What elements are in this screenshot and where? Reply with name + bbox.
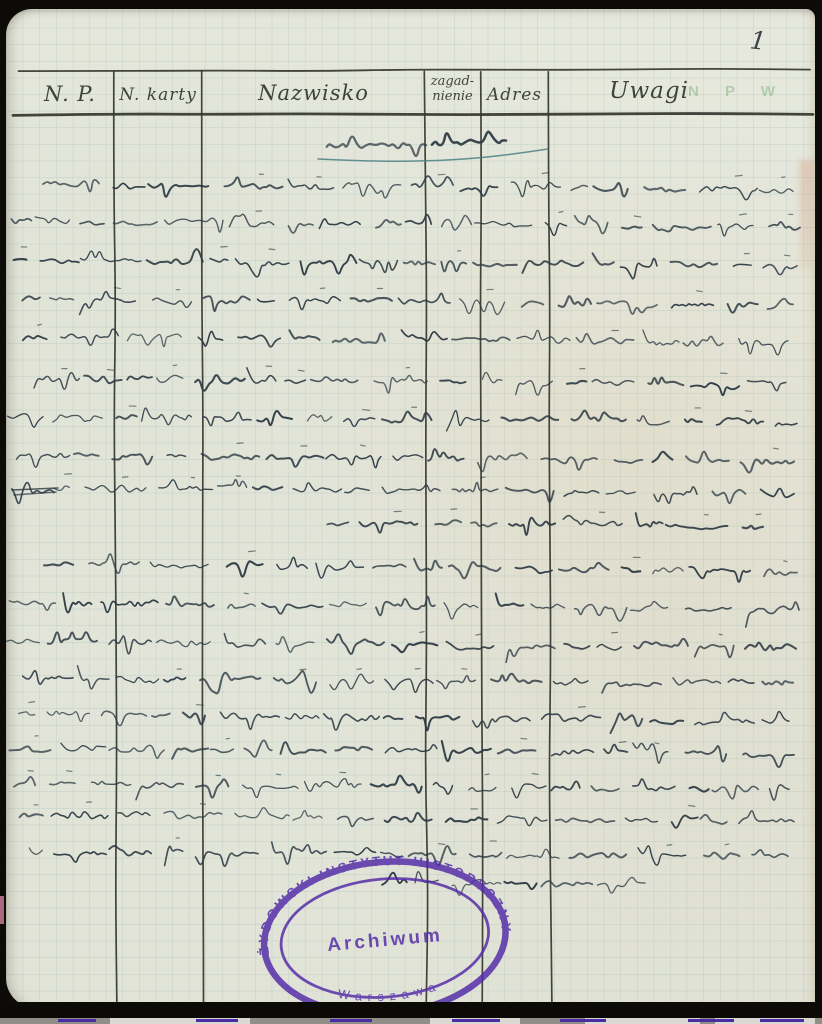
handwritten-word [319, 219, 360, 228]
handwritten-word [102, 711, 147, 725]
handwritten-word [733, 264, 751, 266]
handwritten-word [769, 222, 800, 230]
handwritten-word [644, 187, 685, 191]
handwritten-word [29, 848, 42, 854]
handwritten-word [498, 749, 536, 753]
handwritten-word [404, 262, 435, 265]
handwritten-word [157, 375, 183, 382]
handwritten-word [109, 745, 164, 758]
handwritten-word [327, 137, 426, 156]
handwritten-word [285, 714, 319, 719]
handwritten-word [374, 376, 427, 394]
diacritic-mark [28, 771, 33, 772]
handwritten-word [382, 412, 432, 423]
diacritic-mark [173, 365, 176, 366]
handwritten-word [752, 850, 788, 857]
handwritten-word [763, 265, 797, 275]
scan-edge-artifact [330, 1019, 372, 1022]
handwritten-word [335, 747, 372, 751]
handwritten-word [633, 779, 675, 791]
handwritten-word [712, 785, 758, 798]
handwritten-word [741, 460, 795, 473]
handwritten-word [14, 259, 27, 260]
handwritten-word [152, 714, 170, 717]
handwritten-word [50, 782, 75, 785]
handwritten-word [602, 682, 661, 693]
handwritten-word [164, 811, 222, 818]
handwritten-word [92, 782, 131, 786]
handwritten-word [761, 489, 794, 498]
handwritten-word [330, 602, 367, 607]
diacritic-mark [114, 288, 120, 289]
handwritten-word [672, 304, 714, 308]
handwritten-word [48, 632, 97, 644]
handwritten-word [20, 814, 43, 818]
handwritten-word [114, 221, 158, 225]
handwritten-word [288, 224, 313, 233]
handwritten-word [8, 414, 44, 427]
handwritten-word [512, 784, 546, 798]
handwritten-word [376, 220, 401, 228]
handwritten-word [433, 783, 452, 794]
handwritten-word [447, 411, 490, 431]
diacritic-mark [745, 411, 751, 412]
handwritten-word [235, 808, 289, 819]
handwritten-word [225, 177, 283, 188]
handwritten-word [685, 419, 702, 422]
handwritten-word [148, 184, 208, 197]
handwritten-word [35, 217, 69, 224]
handwritten-word [229, 214, 273, 227]
handwritten-word [334, 848, 375, 855]
handwritten-word [762, 681, 793, 684]
handwritten-word [442, 216, 472, 230]
handwritten-word [150, 562, 208, 568]
handwritten-word [244, 740, 271, 756]
manuscript-overlay: ŻYDOWSKI INSTYTUT HISTORYCZNY Archiwum W… [0, 0, 822, 1024]
handwritten-word [633, 743, 668, 763]
scan-edge-artifact [688, 1019, 734, 1022]
handwritten-word [615, 460, 643, 463]
table-column-rule [202, 71, 204, 1007]
handwritten-word [288, 179, 333, 189]
handwritten-word [266, 455, 323, 467]
handwritten-word [695, 712, 754, 724]
scan-edge-artifact [196, 1019, 238, 1022]
handwritten-word [401, 330, 447, 341]
handwritten-word [686, 608, 732, 611]
handwritten-word [717, 418, 764, 425]
handwritten-word [11, 219, 31, 224]
handwritten-word [739, 339, 788, 355]
handwritten-word [84, 376, 122, 384]
handwritten-word [739, 811, 794, 823]
handwritten-word [522, 261, 583, 273]
handwritten-word [333, 333, 385, 342]
handwritten-word [343, 183, 401, 198]
handwritten-word [695, 645, 734, 657]
handwritten-word [648, 378, 683, 386]
handwritten-word [22, 296, 40, 300]
diacritic-mark [521, 738, 527, 739]
handwritten-word [116, 415, 136, 419]
handwritten-word [61, 743, 106, 751]
handwritten-word [338, 816, 374, 826]
handwritten-word [689, 567, 750, 582]
handwritten-word [165, 218, 223, 232]
handwritten-word [203, 412, 251, 425]
handwritten-word [517, 330, 570, 343]
handwritten-word [506, 645, 555, 662]
handwritten-word [80, 251, 140, 261]
handwritten-word [53, 415, 103, 422]
handwritten-word [289, 330, 319, 340]
handwritten-word [666, 525, 728, 530]
diacritic-mark [357, 669, 361, 670]
handwritten-word [653, 225, 711, 232]
handwritten-title [318, 132, 548, 161]
handwritten-word [307, 415, 331, 421]
handwritten-word [511, 181, 560, 197]
handwritten-word [460, 186, 497, 196]
diacritic-mark [107, 369, 114, 370]
handwritten-word [700, 815, 727, 824]
handwritten-word [78, 666, 109, 689]
handwritten-word [167, 455, 185, 457]
diacritic-mark [298, 370, 304, 371]
handwritten-word [625, 818, 657, 822]
handwritten-word [116, 677, 159, 683]
handwritten-word [54, 852, 107, 862]
diacritic-mark [740, 214, 747, 215]
handwritten-word [442, 741, 491, 761]
handwritten-word [47, 711, 89, 721]
table-column-rule [481, 72, 483, 1008]
handwritten-word [23, 671, 73, 684]
handwritten-word [412, 176, 454, 187]
handwritten-word [522, 301, 544, 306]
handwritten-word [127, 376, 152, 379]
scanned-document-page: N. P. N. karty Nazwisko zagad- nienie Ad… [0, 0, 822, 1024]
handwritten-word [289, 297, 340, 310]
title-underline [318, 149, 548, 161]
handwritten-word [227, 561, 263, 576]
handwritten-word [475, 222, 532, 227]
diacritic-mark [320, 288, 325, 289]
handwritten-word [551, 781, 580, 790]
handwritten-word [507, 849, 559, 858]
diacritic-mark [420, 632, 424, 633]
handwritten-word [344, 418, 375, 427]
handwritten-yiddish-text [7, 172, 801, 895]
handwritten-word [14, 777, 35, 787]
handwritten-word [224, 634, 265, 647]
diacritic-mark [67, 771, 72, 772]
diacritic-mark [269, 249, 275, 250]
handwritten-word [327, 522, 348, 525]
handwritten-word [257, 411, 292, 425]
handwritten-word [385, 745, 437, 753]
handwritten-word [112, 454, 152, 464]
handwritten-word [575, 605, 627, 621]
handwritten-word [435, 520, 461, 525]
handwritten-word [153, 298, 192, 307]
handwritten-word [345, 488, 369, 493]
diacritic-mark [276, 774, 280, 775]
handwritten-word [228, 604, 255, 608]
handwritten-word [444, 603, 478, 619]
handwritten-word [452, 482, 497, 491]
handwritten-word [473, 263, 517, 267]
handwritten-word [571, 185, 587, 190]
handwritten-word [382, 485, 440, 494]
handwritten-word [567, 381, 586, 384]
handwritten-word [496, 594, 524, 606]
handwritten-word [360, 259, 398, 272]
handwritten-word [166, 596, 214, 606]
paper-stain [799, 160, 814, 270]
handwritten-word [497, 816, 547, 826]
handwritten-word [371, 776, 422, 793]
scan-edge-artifact [58, 1019, 96, 1022]
handwritten-word [210, 749, 233, 752]
handwritten-word [113, 183, 145, 188]
handwritten-word [441, 261, 466, 271]
handwritten-word [482, 372, 502, 382]
handwritten-word [552, 750, 594, 756]
table-column-rule [114, 72, 117, 1006]
table-header-bottom-rule [13, 114, 813, 116]
handwritten-word [606, 491, 635, 494]
handwritten-word [34, 373, 79, 390]
handwritten-word [258, 299, 275, 302]
stamp-center-text: Archiwum [326, 925, 443, 956]
scan-edge-artifact [760, 1019, 804, 1022]
handwritten-word [51, 812, 108, 819]
handwritten-word [392, 642, 437, 652]
handwritten-word [671, 262, 718, 267]
handwritten-word [748, 381, 787, 391]
handwritten-word [564, 491, 599, 496]
handwritten-word [745, 643, 796, 651]
handwritten-word [414, 559, 442, 571]
handwritten-word [281, 742, 326, 754]
handwritten-word [504, 882, 536, 889]
handwritten-word [460, 299, 505, 315]
handwritten-word [238, 335, 280, 346]
handwritten-word [563, 516, 622, 526]
handwritten-word [165, 846, 183, 865]
diacritic-mark [123, 477, 128, 478]
archive-stamp: ŻYDOWSKI INSTYTUT HISTORYCZNY Archiwum W… [249, 843, 520, 1024]
handwritten-word [253, 486, 282, 490]
handwritten-word [359, 521, 417, 532]
handwritten-word [385, 813, 432, 822]
handwritten-word [611, 714, 643, 734]
handwritten-word [491, 674, 541, 683]
handwritten-word [597, 877, 645, 893]
handwritten-word [531, 604, 565, 608]
handwritten-word [432, 132, 506, 145]
handwritten-word [770, 785, 790, 800]
diacritic-mark [784, 561, 787, 562]
handwritten-word [620, 259, 657, 279]
diacritic-mark [363, 410, 370, 411]
handwritten-word [327, 634, 384, 654]
handwritten-word [61, 329, 119, 345]
handwritten-word [509, 518, 555, 535]
handwritten-word [478, 453, 527, 471]
handwritten-word [293, 811, 322, 820]
handwritten-word [80, 221, 104, 224]
handwritten-word [559, 563, 609, 572]
handwritten-word [7, 639, 40, 643]
handwritten-word [449, 562, 501, 578]
diacritic-mark [29, 702, 35, 703]
diacritic-mark [634, 216, 640, 217]
handwritten-word [324, 714, 380, 730]
diacritic-mark [655, 743, 659, 744]
handwritten-word [80, 292, 136, 315]
handwritten-word [762, 712, 789, 723]
diacritic-mark [197, 705, 204, 706]
handwritten-word [393, 455, 423, 460]
handwritten-word [775, 423, 797, 426]
scan-edge-artifact [560, 1019, 606, 1022]
handwritten-word [23, 336, 47, 340]
diacritic-mark [439, 844, 445, 845]
scan-edge-artifact [452, 1019, 500, 1022]
handwritten-word [622, 227, 642, 229]
diacritic-mark [480, 477, 485, 478]
handwritten-word [300, 255, 356, 275]
handwritten-word [704, 853, 740, 859]
handwritten-word [728, 679, 754, 683]
handwritten-word [446, 642, 493, 650]
handwritten-word [597, 645, 621, 650]
handwritten-word [559, 296, 591, 307]
handwritten-word [686, 452, 729, 463]
handwritten-word [247, 368, 276, 383]
handwritten-word [142, 408, 192, 425]
handwritten-word [637, 416, 669, 425]
handwritten-word [316, 561, 364, 578]
handwritten-word [384, 716, 403, 719]
handwritten-word [685, 746, 726, 761]
handwritten-word [622, 567, 641, 572]
handwritten-word [636, 513, 663, 527]
handwritten-word [631, 602, 668, 611]
handwritten-word [276, 637, 314, 652]
diacritic-mark [579, 707, 586, 708]
handwritten-word [654, 487, 697, 503]
handwritten-word [634, 639, 688, 648]
handwritten-word [575, 216, 608, 234]
handwritten-word [746, 602, 799, 627]
handwritten-word [597, 301, 657, 314]
diacritic-mark [667, 845, 672, 846]
handwritten-word [683, 336, 723, 345]
handwritten-word [690, 787, 709, 792]
diacritic-mark [361, 445, 366, 446]
handwritten-word [593, 183, 627, 196]
diacritic-mark [485, 774, 489, 775]
handwritten-word [196, 852, 258, 866]
handwritten-word [262, 603, 323, 613]
diacritic-mark [462, 669, 467, 670]
diacritic-mark [438, 174, 445, 175]
handwritten-word [159, 480, 213, 490]
diacritic-mark [226, 738, 230, 739]
handwritten-word [428, 449, 464, 461]
handwritten-word [650, 720, 683, 724]
handwritten-word [759, 189, 793, 193]
handwritten-word [351, 298, 392, 302]
handwritten-word [416, 716, 460, 730]
handwritten-word [17, 454, 70, 468]
handwritten-word [556, 818, 615, 822]
handwritten-word [101, 600, 158, 612]
handwritten-word [564, 644, 589, 649]
handwritten-word [10, 746, 51, 752]
handwritten-word [204, 296, 250, 311]
handwritten-word [572, 411, 626, 421]
diacritic-mark [735, 175, 742, 176]
handwritten-word [743, 753, 794, 767]
handwritten-word [136, 783, 183, 800]
handwritten-word [305, 779, 362, 792]
handwritten-word [768, 299, 794, 309]
handwritten-word [210, 259, 228, 262]
handwritten-word [196, 779, 229, 797]
diacritic-mark [248, 551, 255, 552]
handwritten-word [553, 679, 588, 685]
table-top-rule [19, 69, 811, 71]
handwritten-word [471, 522, 496, 526]
handwritten-word [43, 180, 99, 192]
handwritten-word [326, 455, 381, 468]
handwritten-word [200, 673, 260, 694]
handwritten-word [516, 567, 553, 574]
handwritten-word [373, 564, 406, 567]
diacritic-mark [697, 291, 703, 292]
handwritten-word [398, 293, 450, 303]
diacritic-mark [221, 247, 227, 248]
handwritten-word [63, 593, 91, 612]
diacritic-mark [612, 632, 618, 633]
handwritten-word [604, 745, 627, 754]
handwritten-word [74, 453, 99, 456]
handwritten-word [89, 554, 139, 573]
diacritic-mark [773, 448, 778, 449]
handwritten-word [19, 712, 35, 715]
handwritten-word [285, 380, 305, 383]
handwritten-word [127, 334, 181, 347]
handwritten-word [700, 187, 758, 200]
handwritten-word [311, 377, 358, 383]
handwritten-word [593, 253, 614, 264]
handwritten-word [406, 215, 432, 224]
handwritten-word [218, 480, 247, 488]
handwritten-word [50, 298, 74, 300]
diacritic-mark [784, 255, 790, 256]
diacritic-mark [719, 634, 722, 635]
diacritic-mark [300, 669, 306, 670]
diacritic-mark [756, 514, 761, 515]
scan-bottom-black-edge [0, 1002, 822, 1018]
diacritic-mark [38, 324, 42, 325]
handwritten-word [9, 601, 55, 610]
